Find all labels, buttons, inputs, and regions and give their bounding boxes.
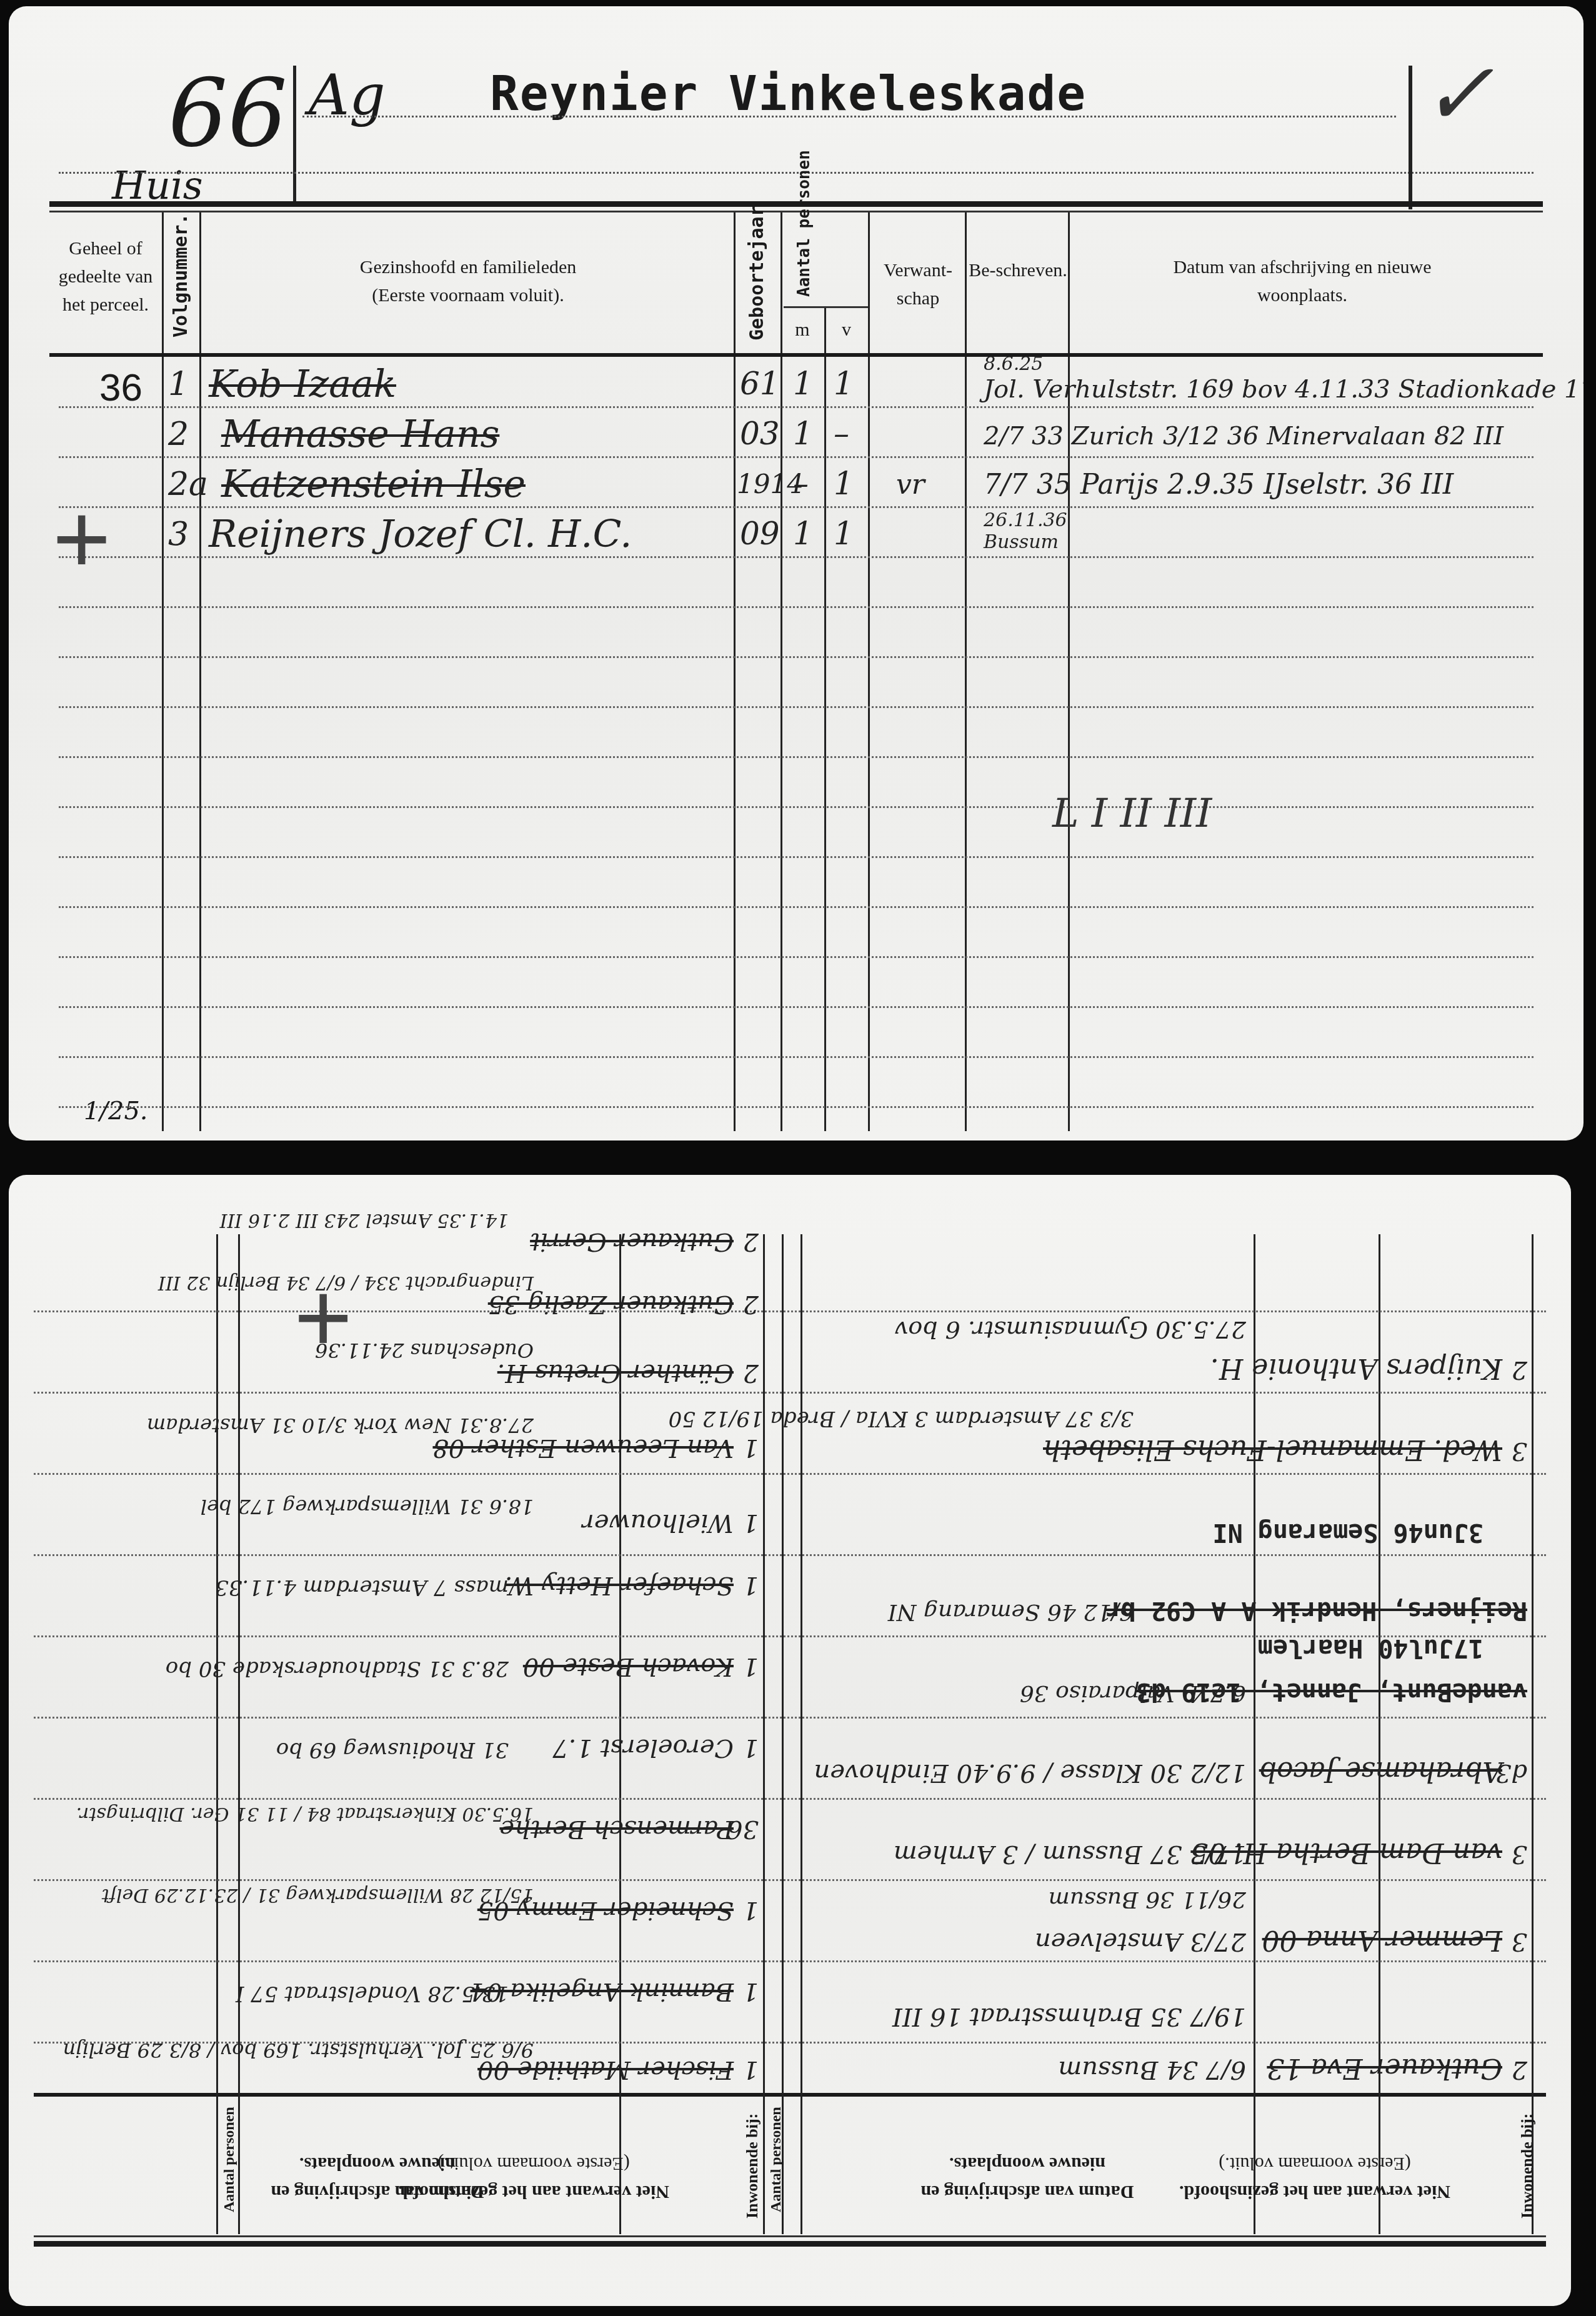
row-line: [59, 1056, 1534, 1058]
col-divider: [868, 212, 870, 1131]
header-divider-right: [1409, 66, 1412, 209]
header-aantal-personen: Aantal personen: [765, 2107, 802, 2212]
cross-mark-icon: +: [52, 481, 111, 596]
header-verwantschap: Verwant-schap: [871, 256, 965, 312]
register-card-front: 66 Huis Ag Reynier Vinkeleskade ✓ Geheel…: [9, 6, 1584, 1141]
col-divider: [1068, 212, 1070, 1131]
row-line: [59, 856, 1534, 858]
row-line: [59, 606, 1534, 608]
check-mark-icon: ✓: [1421, 44, 1494, 146]
row-line: [34, 1473, 1546, 1475]
col-divider: [1254, 1234, 1255, 2234]
header-geboortejaar: Geboortejaar: [746, 205, 768, 341]
header-volgnummer: Volgnummer.: [170, 213, 192, 337]
col-divider: [1532, 1234, 1534, 2234]
resident-name: Katzenstein Ilse: [221, 462, 526, 506]
row-line: [59, 656, 1534, 658]
row-line: [59, 556, 1534, 558]
resident-name: Kob Izaak: [209, 362, 396, 406]
col-divider: [734, 212, 736, 1131]
header-aantal-personen: Aantal personen: [795, 150, 814, 297]
row-line: [34, 1717, 1546, 1719]
register-card-back: Inwonende bij: Niet verwant aan het gezi…: [9, 1175, 1571, 2306]
col-divider: [162, 212, 164, 1131]
cross-mark-icon: +: [294, 1260, 352, 1375]
row-line: [34, 1960, 1546, 1962]
header-datum-2: Datum van afschrijving en nieuwe woonpla…: [246, 2150, 509, 2206]
house-number: 66: [168, 59, 287, 168]
row-line: [34, 1879, 1546, 1881]
col-divider: [199, 212, 201, 1131]
row-line: [59, 756, 1534, 758]
header-bottom-rule: [49, 353, 1543, 357]
col-divider: [781, 212, 782, 1131]
header-bottom-rule: [34, 2093, 1546, 2097]
col-divider: [216, 1234, 218, 2234]
row-line: [59, 806, 1534, 808]
header-divider: [293, 66, 296, 206]
row-line: [34, 1554, 1546, 1556]
resident-name: Reijners Jozef Cl. H.C.: [209, 512, 632, 556]
header-rule: [34, 2241, 1546, 2247]
header-inwonende-2: Inwonende bij:: [740, 2114, 759, 2219]
row-line: [34, 1392, 1546, 1394]
card-footnote: 1/25.: [84, 1097, 148, 1126]
col-divider: [238, 1234, 240, 2234]
row-line: [59, 906, 1534, 908]
header-v: v: [826, 316, 867, 344]
row-line: [59, 506, 1534, 508]
header-m: m: [784, 316, 821, 344]
header-beschreven: Be-schreven.: [968, 256, 1068, 284]
col-divider: [763, 1234, 765, 2234]
col-divider: [800, 1234, 802, 2234]
row-line: [59, 406, 1534, 408]
perceel-number: 36: [99, 366, 142, 410]
resident-name: Manasse Hans: [221, 412, 499, 456]
row-line: [59, 956, 1534, 958]
header-perceel: Geheel of gedeelte van het perceel.: [52, 234, 159, 319]
roman-numeral-note: L I II III: [1052, 791, 1212, 837]
header-datum: Datum van afschrijving en nieuwe woonpla…: [1071, 253, 1534, 309]
header-aantal-personen-2: Aantal personen: [218, 2107, 237, 2212]
row-line: [34, 1310, 1546, 1312]
house-code: Ag: [309, 62, 386, 128]
header-gezinshoofd: Gezinshoofd en familieleden (Eerste voor…: [202, 253, 734, 309]
inverted-content: Inwonende bij: Niet verwant aan het gezi…: [9, 1175, 1571, 2306]
header-datum: Datum van afschrijving en nieuwe woonpla…: [809, 2150, 1246, 2206]
row-line: [59, 1106, 1534, 1108]
street-title: Reynier Vinkeleskade: [490, 66, 1087, 121]
header-rule-thin: [34, 2235, 1546, 2237]
mv-divider: [784, 306, 868, 308]
header-inwonende: Inwonende bij:: [1515, 2114, 1534, 2219]
title-underline: [302, 116, 1396, 117]
col-divider: [965, 212, 967, 1131]
row-line: [59, 456, 1534, 458]
col-divider: [1379, 1234, 1380, 2234]
row-line: [59, 1006, 1534, 1008]
row-line: [34, 1798, 1546, 1800]
row-line: [59, 706, 1534, 708]
col-divider: [782, 1234, 784, 2234]
